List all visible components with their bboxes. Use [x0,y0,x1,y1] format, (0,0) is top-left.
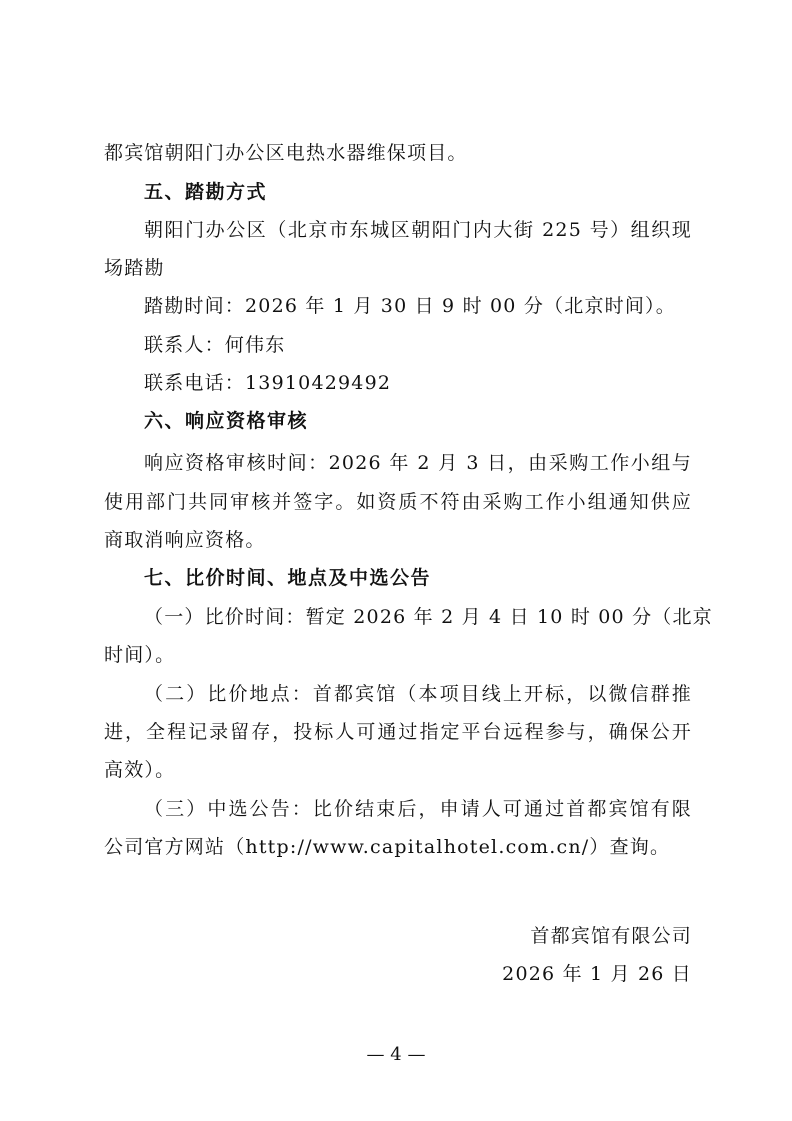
body-text: 商取消响应资格。 [104,528,694,552]
survey-time: 踏勘时间：2026 年 1 月 30 日 9 时 00 分（北京时间）。 [144,294,734,318]
bid-location: （二）比价地点：首都宾馆（本项目线上开标，以微信群推 [144,682,692,706]
official-website-text: 公司官方网站（http://www.capitalhotel.com.cn/）查… [104,835,694,859]
body-text: 进，全程记录留存，投标人可通过指定平台远程参与，确保公开 [104,720,692,744]
section-heading-7: 七、比价时间、地点及中选公告 [144,566,734,590]
body-text: 使用部门共同审核并签字。如资质不符由采购工作小组通知供应 [104,490,692,514]
page-number: — 4 — [0,1044,792,1065]
body-text: 时间）。 [104,643,694,667]
contact-phone: 联系电话：13910429492 [144,371,734,395]
document-page: 都宾馆朝阳门办公区电热水器维保项目。 五、踏勘方式 朝阳门办公区（北京市东城区朝… [0,0,792,1121]
body-text: 高效）。 [104,758,694,782]
body-text-continuation: 都宾馆朝阳门办公区电热水器维保项目。 [104,141,694,165]
signature-company: 首都宾馆有限公司 [530,924,692,948]
body-text: 响应资格审核时间：2026 年 2 月 3 日，由采购工作小组与 [144,451,692,475]
signature-date: 2026 年 1 月 26 日 [502,962,692,986]
section-heading-5: 五、踏勘方式 [144,180,734,204]
body-text: 朝阳门办公区（北京市东城区朝阳门内大街 225 号）组织现 [144,218,692,242]
bid-time: （一）比价时间：暂定 2026 年 2 月 4 日 10 时 00 分（北京 [144,605,692,629]
body-text: 场踏勘 [104,256,694,280]
contact-person: 联系人：何伟东 [144,333,734,357]
selection-announcement: （三）中选公告：比价结束后，申请人可通过首都宾馆有限 [144,797,692,821]
section-heading-6: 六、响应资格审核 [144,409,734,433]
